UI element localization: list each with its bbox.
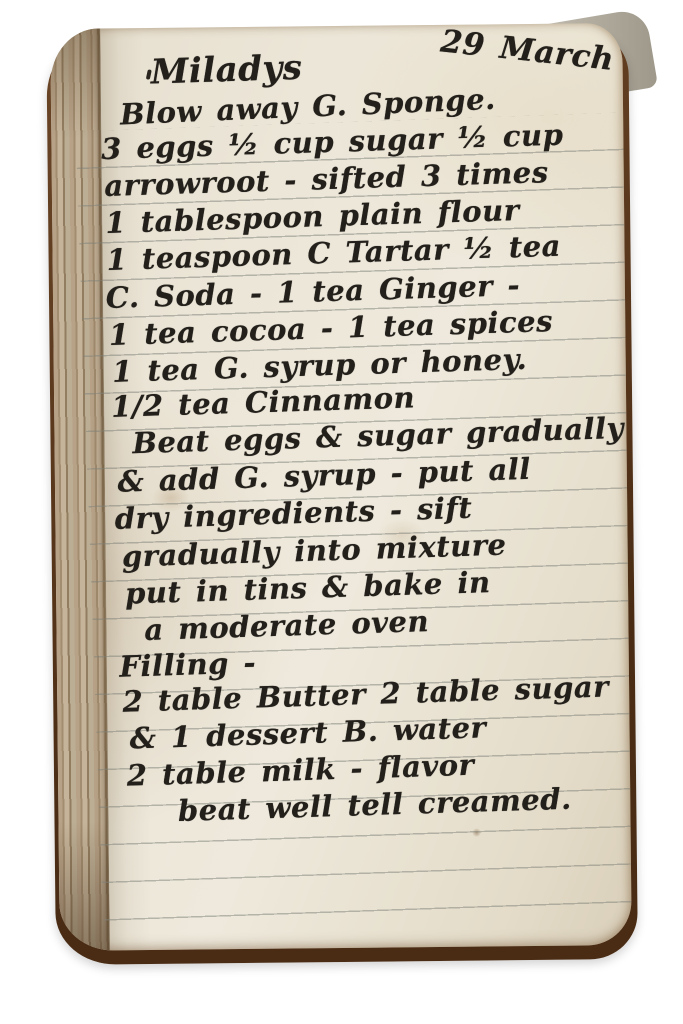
notebook: Miladys 29 March Blow away G. Sponge. 3 … <box>50 23 632 951</box>
notebook-open-page: Miladys 29 March Blow away G. Sponge. 3 … <box>50 23 632 951</box>
recipe-line: put in tins & bake in <box>125 568 491 608</box>
recipe-title: Miladys <box>150 51 303 90</box>
handwriting-layer: Miladys 29 March Blow away G. Sponge. 3 … <box>97 23 631 951</box>
recipe-line: beat well tell creamed. <box>178 785 572 826</box>
notebook-photo: Miladys 29 March Blow away G. Sponge. 3 … <box>0 0 683 1024</box>
recipe-line: & 1 dessert B. water <box>129 713 486 753</box>
recipe-line: 1 tea G. syrup or honey. <box>112 345 528 387</box>
recipe-line: dry ingredients - sift <box>114 494 472 534</box>
recipe-line: 1/2 tea Cinnamon <box>111 383 416 422</box>
recipe-line: 2 table milk - flavor <box>126 751 474 791</box>
recipe-line: a moderate oven <box>144 607 430 645</box>
recipe-line: Filling - <box>119 649 256 682</box>
recipe-date: 29 March <box>439 26 615 76</box>
page-paper: Miladys 29 March Blow away G. Sponge. 3 … <box>96 23 632 950</box>
